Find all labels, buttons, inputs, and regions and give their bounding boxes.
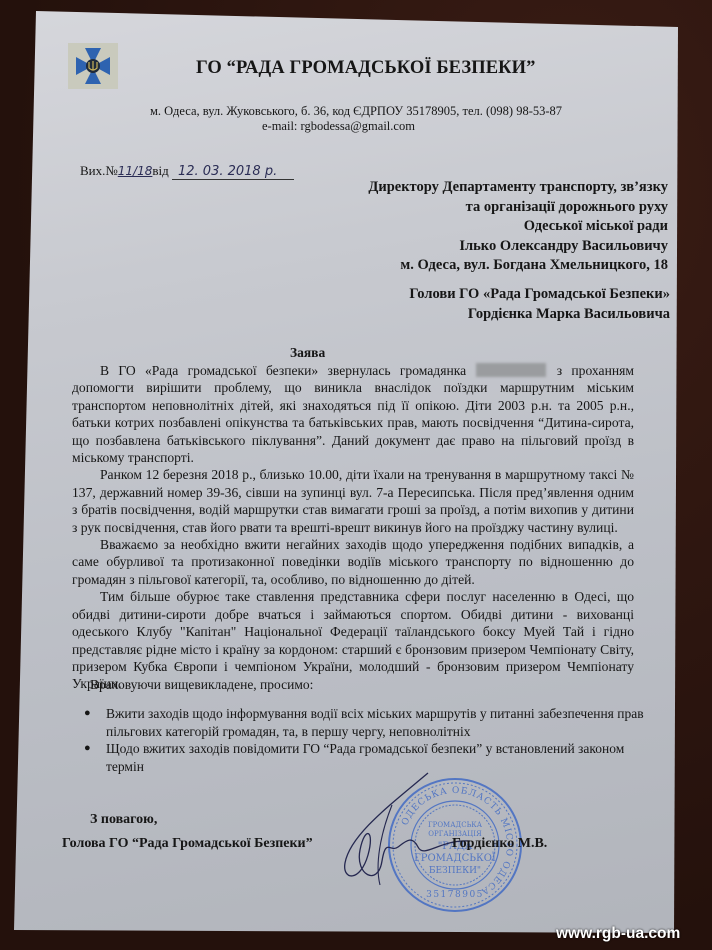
addressee-block: Директору Департаменту транспорту, зв’яз… xyxy=(368,178,668,276)
sender-line: Гордієнка Марка Васильовича xyxy=(409,304,670,324)
handwritten-signature-icon xyxy=(320,765,470,895)
outgoing-reference: Вих.№11/18від 12. 03. 2018 р. xyxy=(80,163,294,180)
addressee-line: Директору Департаменту транспорту, зв’яз… xyxy=(368,178,668,198)
sender-block: Голови ГО «Рада Громадської Безпеки» Гор… xyxy=(409,284,670,324)
document-title: Заява xyxy=(290,345,325,361)
request-intro: Враховуючи вищевикладене, просимо: xyxy=(90,677,313,693)
outgoing-number: 11/18 xyxy=(118,164,153,178)
paragraph-text: з проханням допомогти вирішити проблему,… xyxy=(72,363,634,465)
outgoing-date: 12. 03. 2018 р. xyxy=(178,164,277,179)
organization-email: e-mail: rgbodessa@gmail.com xyxy=(262,119,415,134)
bullet-icon: ● xyxy=(84,705,106,740)
body-paragraph: Вважаємо за необхідно вжити негайних зах… xyxy=(72,536,634,588)
logo-background xyxy=(68,43,118,89)
body-paragraph: В ГО «Рада громадської безпеки» звернула… xyxy=(72,362,634,466)
signer-name: Гордієнко М.В. xyxy=(452,836,547,852)
outgoing-from-label: від xyxy=(152,163,168,178)
addressee-line: м. Одеса, вул. Богдана Хмельницкого, 18 xyxy=(368,256,668,276)
paragraph-text: В ГО «Рада громадської безпеки» звернула… xyxy=(100,363,466,378)
organization-title: ГО “РАДА ГРОМАДСЬКОЇ БЕЗПЕКИ” xyxy=(196,58,536,79)
outgoing-prefix: Вих.№ xyxy=(80,163,118,178)
organization-address: м. Одеса, вул. Жуковського, б. 36, код Є… xyxy=(150,104,562,119)
cross-pattee-trident-icon xyxy=(68,43,118,89)
site-watermark: www.rgb-ua.com xyxy=(556,925,680,943)
request-item-text: Вжити заходів щодо інформування водії вс… xyxy=(106,705,644,740)
closing-role: Голова ГО “Рада Громадської Безпеки” xyxy=(62,836,313,852)
bullet-icon: ● xyxy=(84,740,106,775)
request-item: ● Вжити заходів щодо інформування водії … xyxy=(84,705,644,740)
body-paragraph: Ранком 12 березня 2018 р., близько 10.00… xyxy=(72,466,634,536)
sender-line: Голови ГО «Рада Громадської Безпеки» xyxy=(409,284,670,304)
closing-regards: З повагою, xyxy=(90,812,157,828)
redacted-name xyxy=(476,363,546,377)
letter-body: В ГО «Рада громадської безпеки» звернула… xyxy=(72,362,634,693)
addressee-line: Ілько Олександру Васильовичу xyxy=(368,237,668,257)
addressee-line: Одеської міської ради xyxy=(368,217,668,237)
addressee-line: та організації дорожнього руху xyxy=(368,198,668,218)
